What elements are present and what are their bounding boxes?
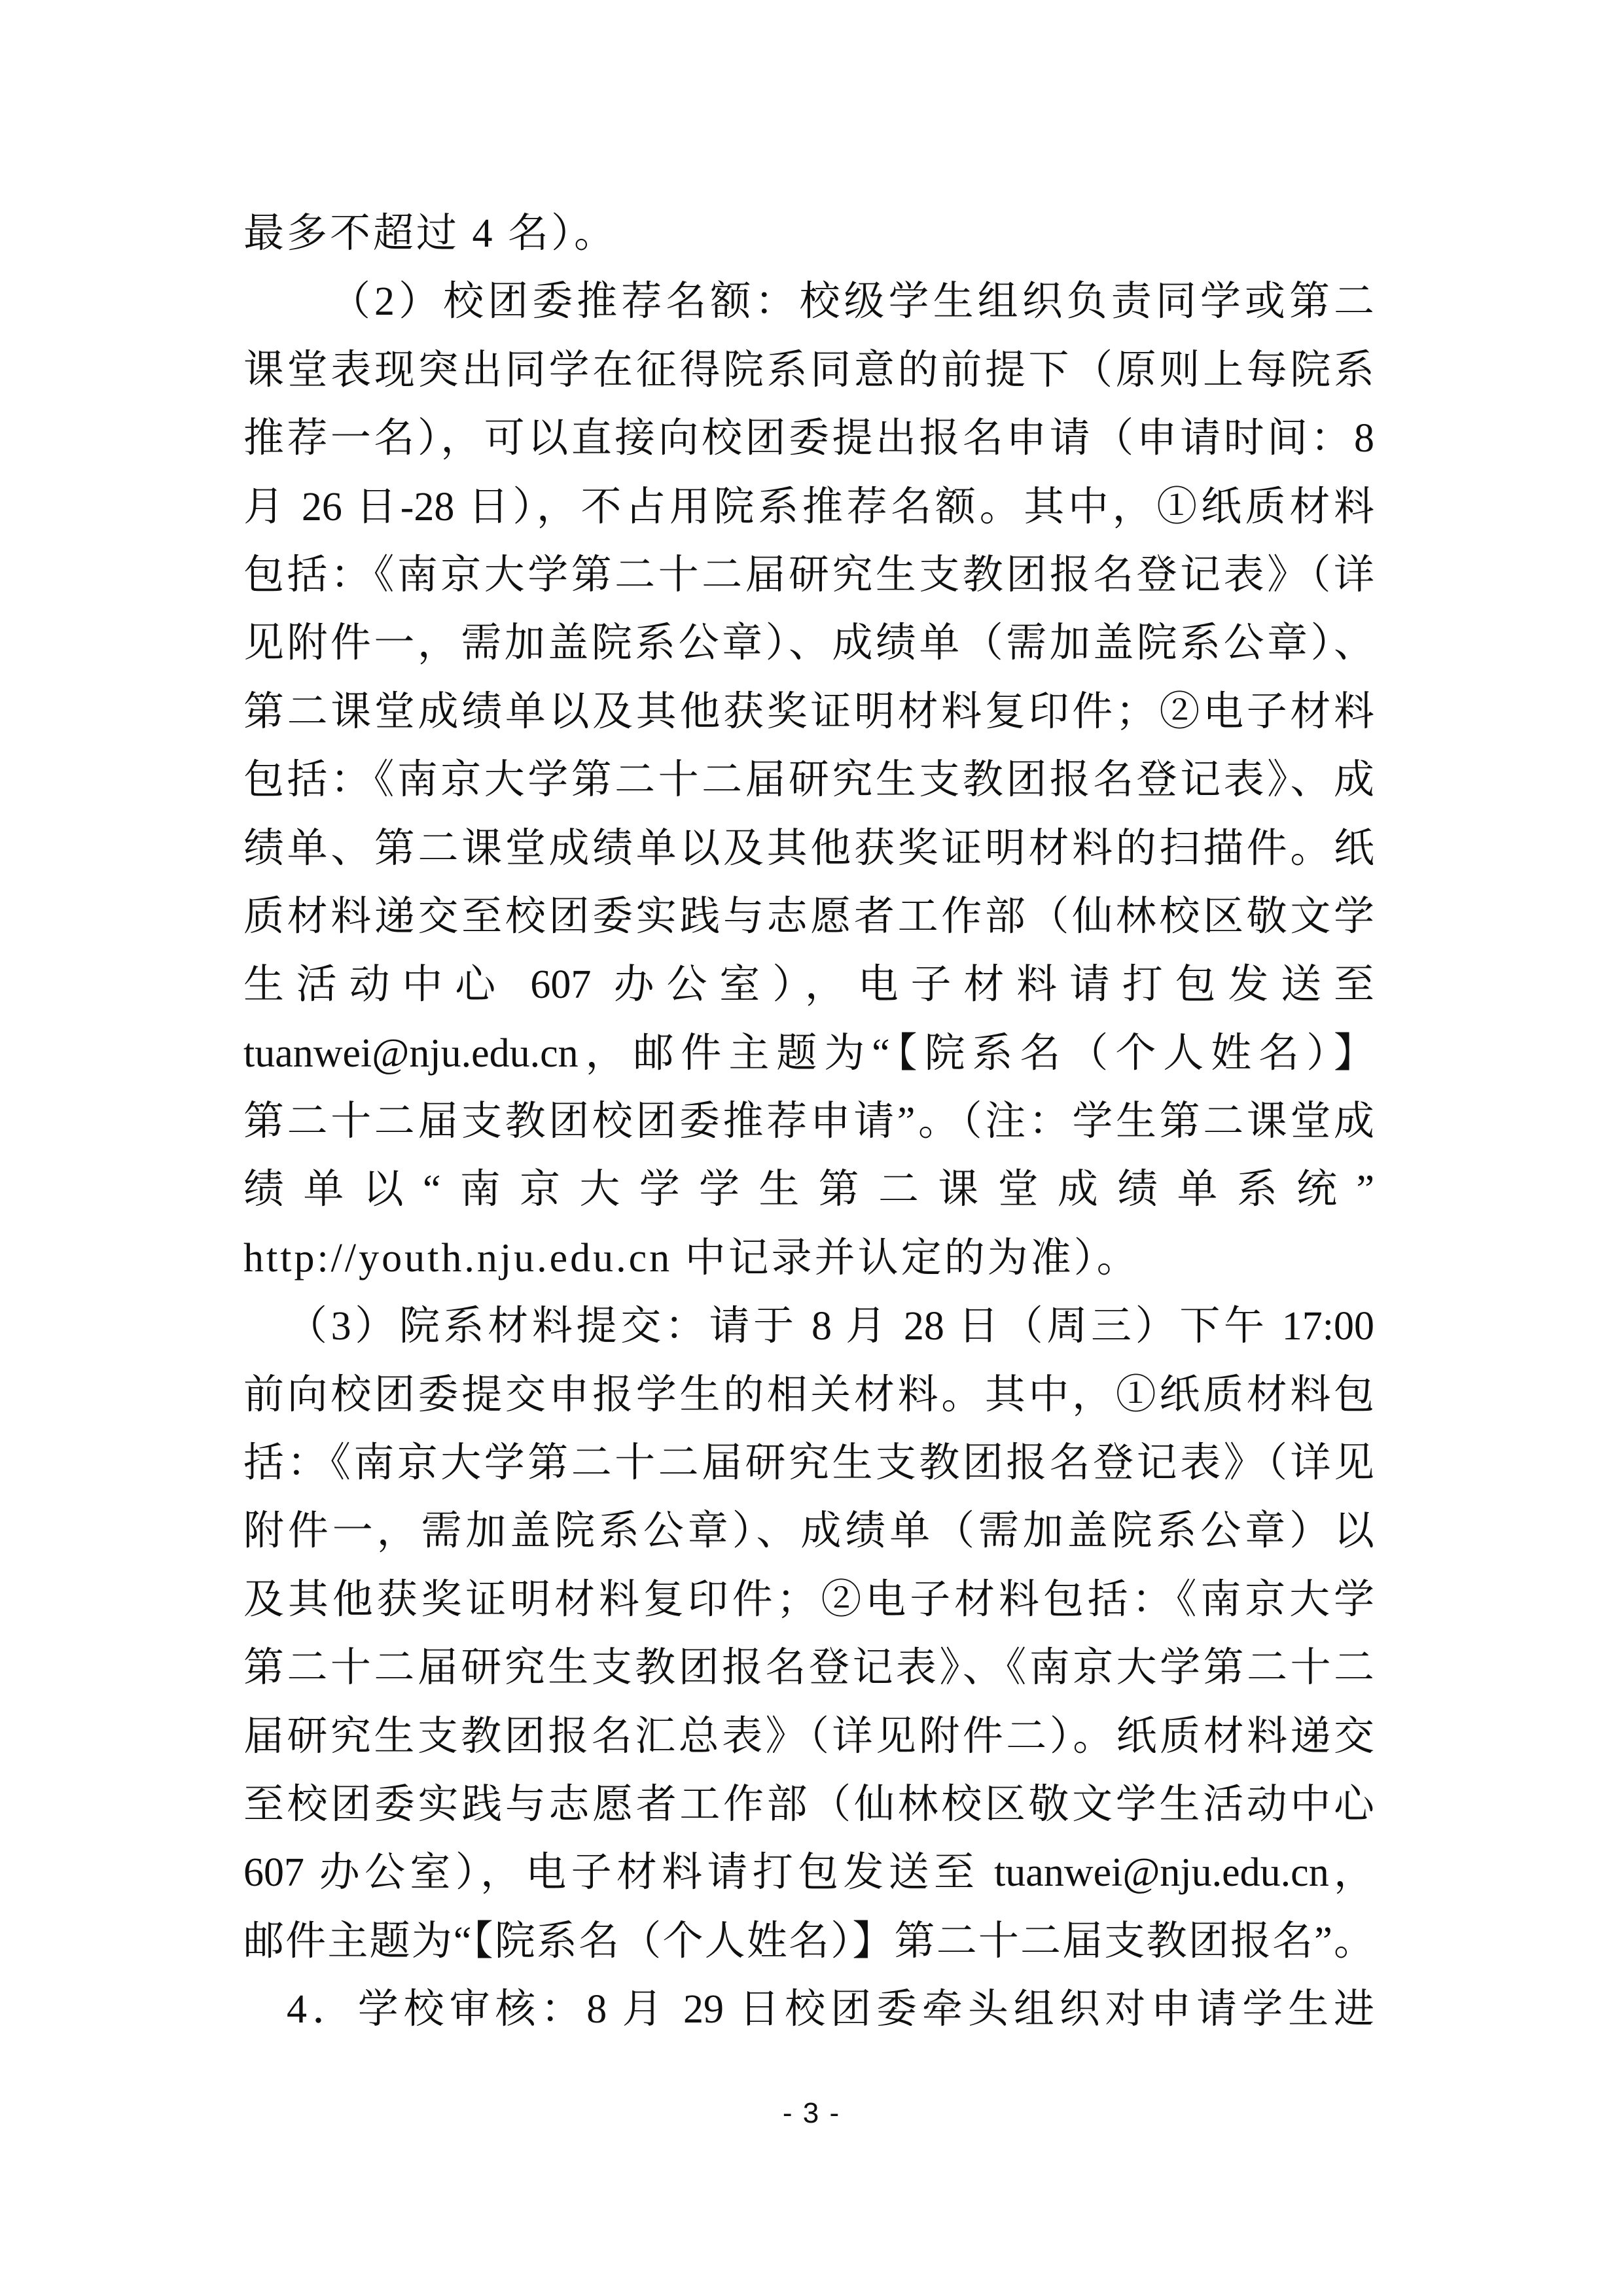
text-line-15: 绩单以“南京大学学生第二课堂成绩单系统”	[243, 1156, 1374, 1224]
text-line-4: 推荐一名），可以直接向校团委提出报名申请（申请时间：8	[243, 404, 1374, 472]
text-line-26: 邮件主题为“【院系名（个人姓名）】第二十二届支教团报名”。	[243, 1907, 1374, 1975]
text-line-27: 4．学校审核：8 月 29 日校团委牵头组织对申请学生进	[243, 1975, 1374, 2043]
text-line-14: 第二十二届支教团校团委推荐申请”。（注：学生第二课堂成	[243, 1087, 1374, 1156]
text-line-19: 括：《南京大学第二十二届研究生支教团报名登记表》（详见	[243, 1429, 1374, 1497]
text-line-17: （3）院系材料提交：请于 8 月 28 日（周三）下午 17:00	[243, 1292, 1374, 1360]
text-line-6: 包括：《南京大学第二十二届研究生支教团报名登记表》（详	[243, 541, 1374, 609]
text-line-3: 课堂表现突出同学在征得院系同意的前提下（原则上每院系	[243, 336, 1374, 404]
text-line-25: 607 办公室），电子材料请打包发送至 tuanwei@nju.edu.cn，	[243, 1839, 1374, 1907]
text-line-1: 最多不超过 4 名）。	[243, 200, 1374, 268]
text-line-16: http://youth.nju.edu.cn 中记录并认定的为准）。	[243, 1224, 1374, 1292]
text-line-9: 包括：《南京大学第二十二届研究生支教团报名登记表》、成	[243, 746, 1374, 814]
text-line-13: tuanwei@nju.edu.cn，邮件主题为“【院系名（个人姓名）】	[243, 1019, 1374, 1087]
text-line-2: （2）校团委推荐名额：校级学生组织负责同学或第二	[243, 268, 1374, 336]
text-line-23: 届研究生支教团报名汇总表》（详见附件二）。纸质材料递交	[243, 1703, 1374, 1771]
document-body: 最多不超过 4 名）。（2）校团委推荐名额：校级学生组织负责同学或第二课堂表现突…	[243, 200, 1374, 2044]
text-line-24: 至校团委实践与志愿者工作部（仙林校区敬文学生活动中心	[243, 1771, 1374, 1839]
text-line-22: 第二十二届研究生支教团报名登记表》、《南京大学第二十二	[243, 1634, 1374, 1702]
text-line-12: 生活动中心 607 办公室），电子材料请打包发送至	[243, 951, 1374, 1019]
document-page: 最多不超过 4 名）。（2）校团委推荐名额：校级学生组织负责同学或第二课堂表现突…	[0, 0, 1623, 2296]
text-line-8: 第二课堂成绩单以及其他获奖证明材料复印件；②电子材料	[243, 678, 1374, 746]
text-line-7: 见附件一，需加盖院系公章）、成绩单（需加盖院系公章）、	[243, 609, 1374, 677]
text-line-10: 绩单、第二课堂成绩单以及其他获奖证明材料的扫描件。纸	[243, 815, 1374, 883]
text-line-5: 月 26 日-28 日），不占用院系推荐名额。其中，①纸质材料	[243, 473, 1374, 541]
text-line-21: 及其他获奖证明材料复印件；②电子材料包括：《南京大学	[243, 1566, 1374, 1634]
text-line-11: 质材料递交至校团委实践与志愿者工作部（仙林校区敬文学	[243, 883, 1374, 951]
text-line-18: 前向校团委提交申报学生的相关材料。其中，①纸质材料包	[243, 1361, 1374, 1429]
text-line-20: 附件一，需加盖院系公章）、成绩单（需加盖院系公章）以	[243, 1497, 1374, 1565]
page-number: - 3 -	[0, 2097, 1623, 2130]
